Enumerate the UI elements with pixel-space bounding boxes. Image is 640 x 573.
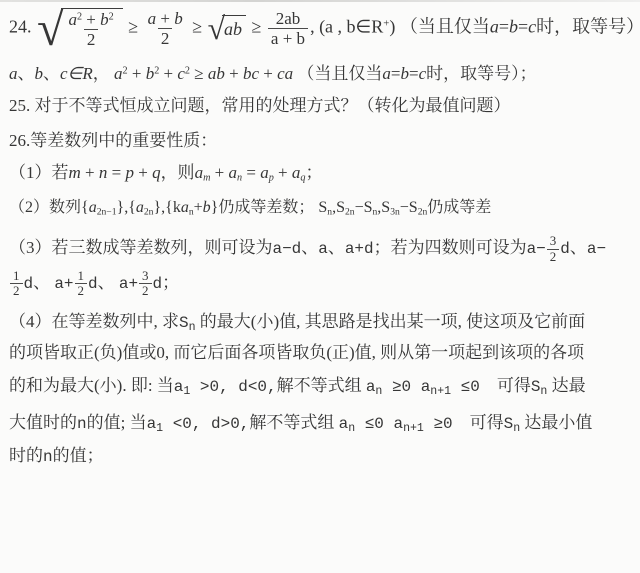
radical: √a2 + b22 — [37, 8, 123, 49]
item-26-heading: 26.等差数列中的重要性质： — [9, 130, 634, 153]
property-4-line-2: 的项皆取正(负)值或0, 而它后面各项皆取负(正)值, 则从第一项起到该项的各项 — [9, 342, 634, 365]
property-3-line-1: （3）若三数成等差数列，则可设为a−d、a、a+d；若为四数则可设为a−32d、… — [9, 234, 634, 264]
item-24-abc-inequality: a、b、c∈R， a2 + b2 + c2 ≥ ab + bc + ca （当且… — [9, 63, 634, 86]
radical-sign-icon: √ — [37, 8, 64, 49]
math-notes-page: 24. √a2 + b22 ≥ a + b2 ≥ √ab ≥ 2aba + b,… — [0, 0, 640, 573]
fraction: 12 — [75, 269, 88, 299]
property-2: （2）数列{a2n−1},{a2n},{kan+b}仍成等差数； Sn,S2n−… — [9, 197, 634, 219]
fraction: a2 + b22 — [65, 10, 116, 49]
fraction: 32 — [139, 269, 152, 299]
fraction: 12 — [10, 269, 23, 299]
fraction: a + b2 — [145, 9, 186, 48]
property-1: （1）若m + n = p + q，则am + an = ap + aq； — [9, 162, 634, 185]
item-24-inequality-chain: 24. √a2 + b22 ≥ a + b2 ≥ √ab ≥ 2aba + b,… — [9, 8, 634, 49]
property-4-line-1: （4）在等差数列中, 求Sn 的最大(小)值, 其思路是找出某一项, 使这项及它… — [9, 311, 634, 335]
radical: √ab — [208, 15, 246, 41]
item-25-question: 25. 对于不等式恒成立问题，常用的处理方式？（转化为最值问题） — [9, 95, 634, 118]
property-4-line-5: 时的n的值； — [9, 445, 634, 469]
fraction: 32 — [547, 234, 560, 264]
fraction: 2aba + b — [268, 9, 308, 48]
property-3-line-2: 12d、 a+12d、 a+32d； — [9, 269, 634, 299]
property-4-line-4: 大值时的n的值; 当a1 <0, d>0,解不等式组 an ≤0 an+1 ≥0… — [9, 412, 634, 436]
property-4-line-3: 的和为最大(小). 即: 当a1 >0, d<0,解不等式组 an ≥0 an+… — [9, 375, 634, 399]
